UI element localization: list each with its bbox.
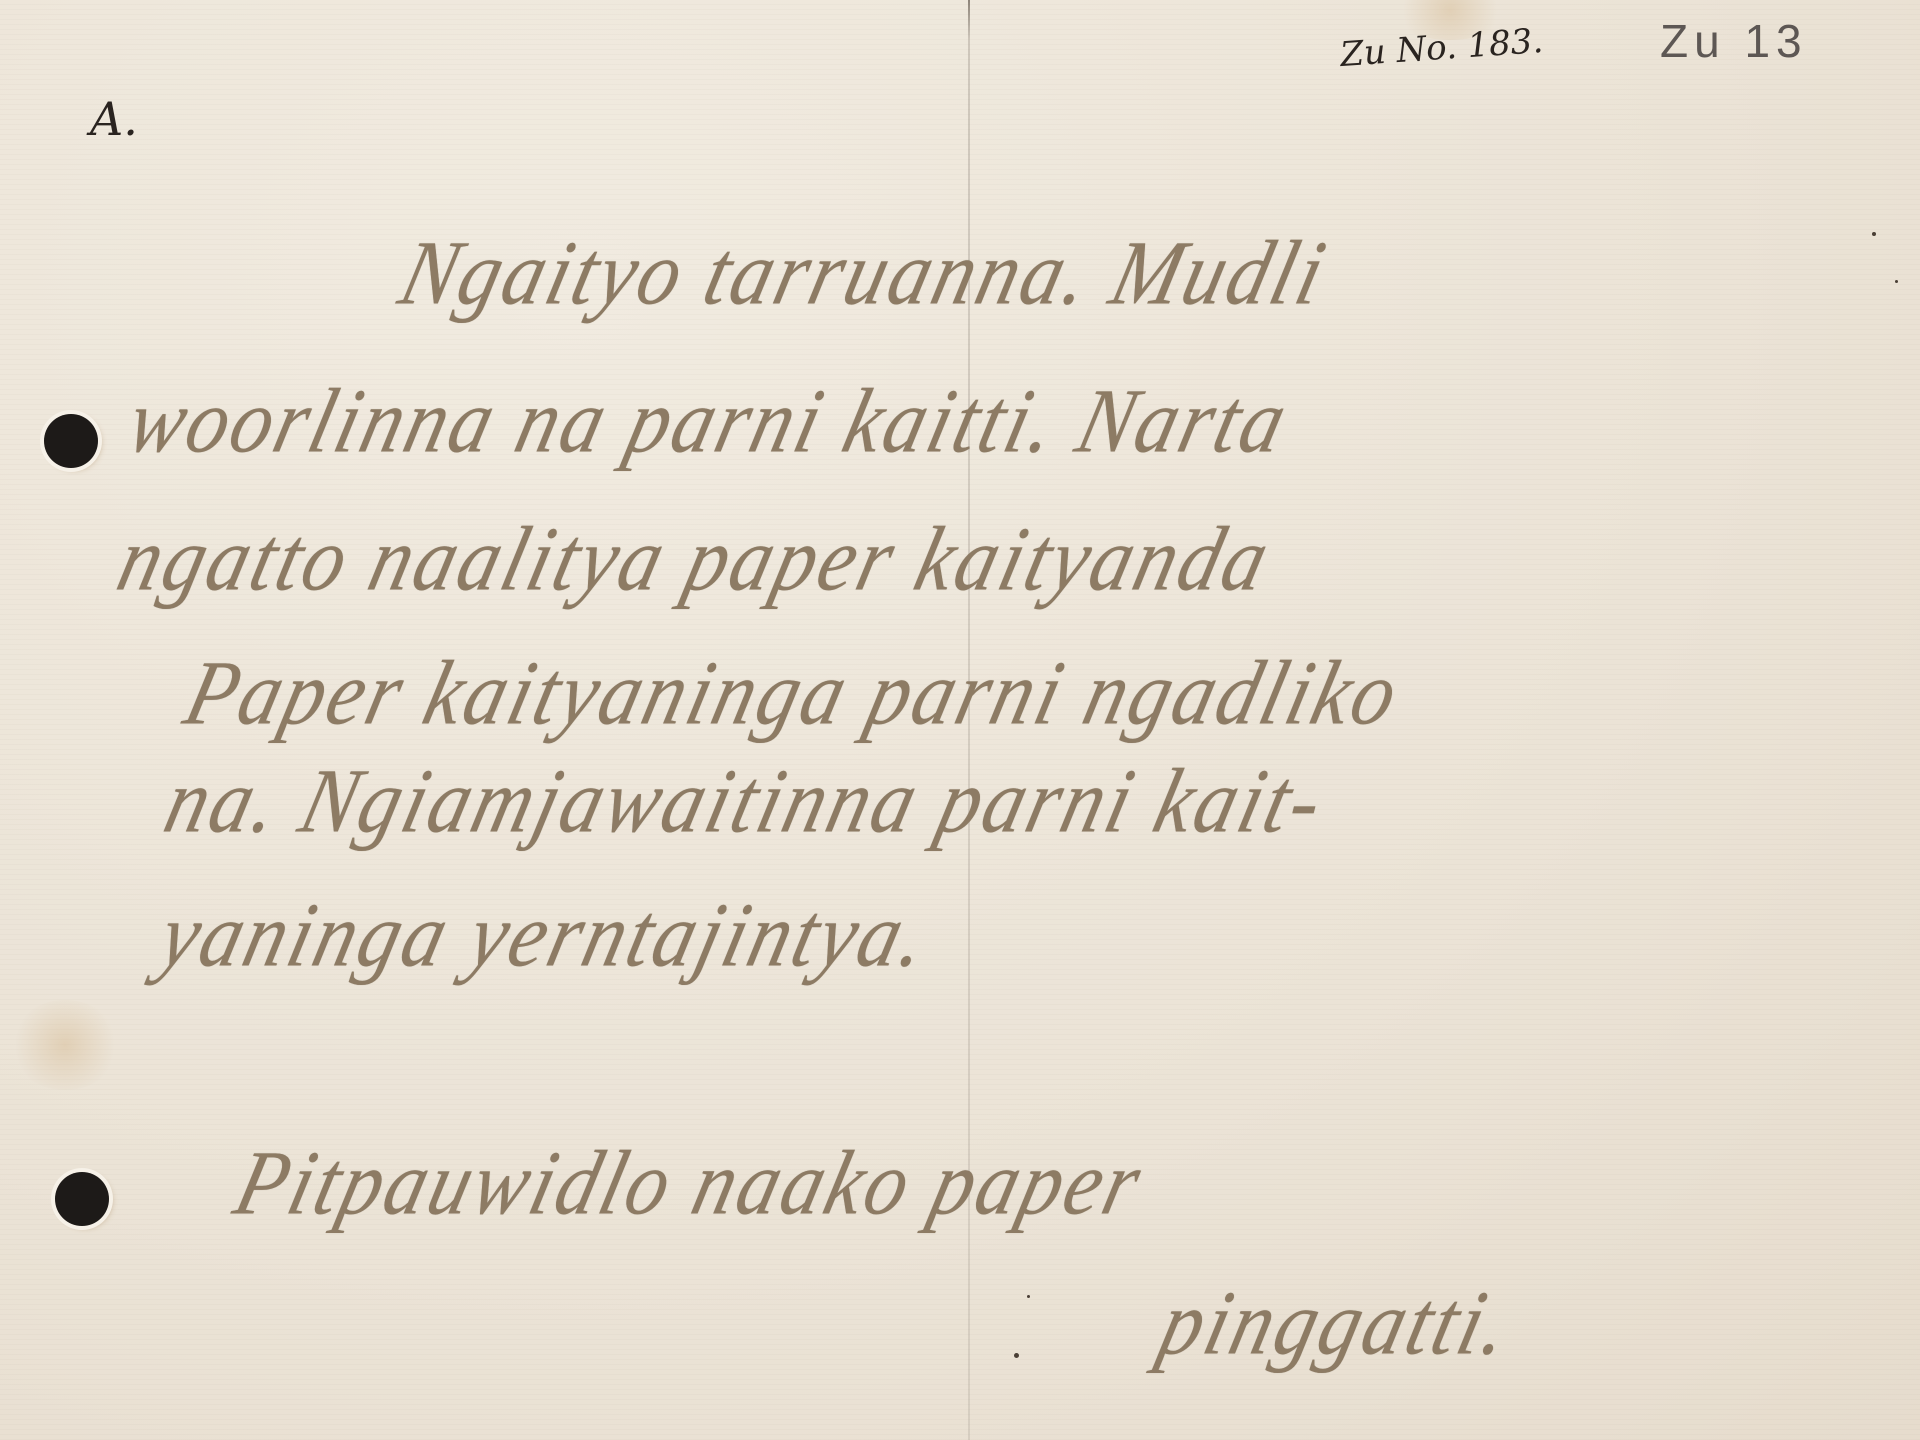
body-line: woorlinna na parni kaitti. Narta — [118, 369, 1300, 474]
punch-hole-lower — [55, 1172, 109, 1226]
closing-line: pinggatti. — [1150, 1271, 1523, 1376]
ink-speck — [1895, 280, 1898, 283]
closing-line: Pitpauwidlo naako paper — [225, 1131, 1154, 1236]
body-line: na. Ngiamjawaitinna parni kait- — [155, 749, 1336, 854]
pencil-reference-note: Zu 13 — [1660, 14, 1808, 68]
punch-hole-upper — [44, 414, 98, 468]
section-marker: A. — [90, 92, 138, 146]
body-line: yaninga yerntajintya. — [150, 883, 941, 988]
ink-speck — [1872, 232, 1876, 236]
ink-speck — [1027, 1295, 1030, 1298]
body-line: ngatto naalitya paper kaityanda — [108, 507, 1282, 612]
body-line: Ngaityo tarruanna. Mudli — [390, 221, 1338, 326]
ink-speck — [1014, 1353, 1019, 1358]
body-line: Paper kaityaninga parni ngadliko — [175, 641, 1411, 746]
paper-stain — [10, 1000, 120, 1090]
